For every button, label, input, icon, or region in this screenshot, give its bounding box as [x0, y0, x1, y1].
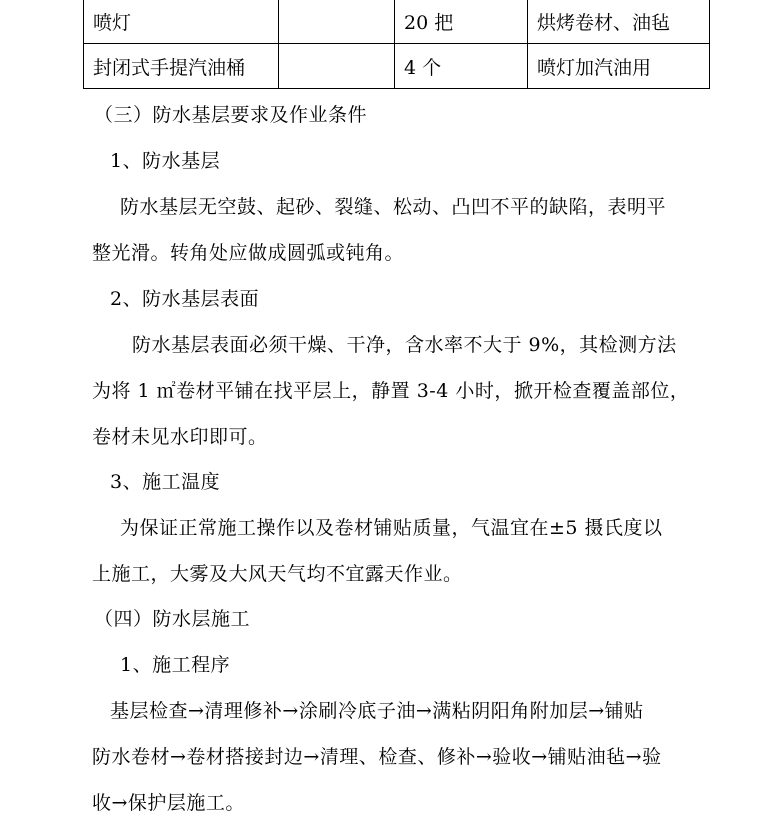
paragraph-line: 防水卷材→卷材搭接封边→清理、检查、修补→验收→铺贴油毡→验 [92, 745, 662, 769]
paragraph-line: 基层检查→清理修补→涂刷冷底子油→满粘阴阳角附加层→铺贴 [110, 699, 644, 723]
section-heading: （四）防水层施工 [94, 607, 250, 631]
paragraph-line: 为将 1 ㎡卷材平铺在找平层上，静置 3-4 小时，掀开检查覆盖部位， [92, 379, 689, 403]
subsection-title: 1、防水基层 [110, 149, 220, 173]
subsection-title: 2、防水基层表面 [110, 287, 259, 311]
paragraph-line: 防水基层无空鼓、起砂、裂缝、松动、凸凹不平的缺陷，表明平 [120, 195, 666, 219]
paragraph-line: 为保证正常施工操作以及卷材铺贴质量，气温宜在±5 摄氏度以 [120, 516, 663, 540]
equipment-qty-cell: 4 个 [395, 44, 528, 89]
document-page: 喷灯 20 把 烘烤卷材、油毡 封闭式手提汽油桶 4 个 喷灯加汽油用 （三）防… [0, 0, 780, 814]
paragraph-line: 上施工，大雾及大风天气均不宜露天作业。 [92, 562, 463, 586]
subsection-title: 1、施工程序 [120, 653, 230, 677]
equipment-name-cell: 封闭式手提汽油桶 [84, 44, 279, 89]
table-row: 喷灯 20 把 烘烤卷材、油毡 [84, 0, 710, 44]
paragraph-line: 卷材未见水印即可。 [92, 425, 268, 449]
equipment-spec-cell [279, 0, 395, 44]
paragraph-line: 整光滑。转角处应做成圆弧或钝角。 [92, 241, 404, 265]
section-heading: （三）防水基层要求及作业条件 [94, 103, 367, 127]
equipment-qty-cell: 20 把 [395, 0, 528, 44]
equipment-use-cell: 烘烤卷材、油毡 [528, 0, 710, 44]
subsection-title: 3、施工温度 [110, 470, 220, 494]
equipment-spec-cell [279, 44, 395, 89]
equipment-name-cell: 喷灯 [84, 0, 279, 44]
equipment-use-cell: 喷灯加汽油用 [528, 44, 710, 89]
paragraph-line: 防水基层表面必须干燥、干净，含水率不大于 9%，其检测方法 [132, 333, 677, 357]
equipment-table: 喷灯 20 把 烘烤卷材、油毡 封闭式手提汽油桶 4 个 喷灯加汽油用 [83, 0, 710, 89]
table-row: 封闭式手提汽油桶 4 个 喷灯加汽油用 [84, 44, 710, 89]
paragraph-line: 收→保护层施工。 [92, 791, 245, 814]
